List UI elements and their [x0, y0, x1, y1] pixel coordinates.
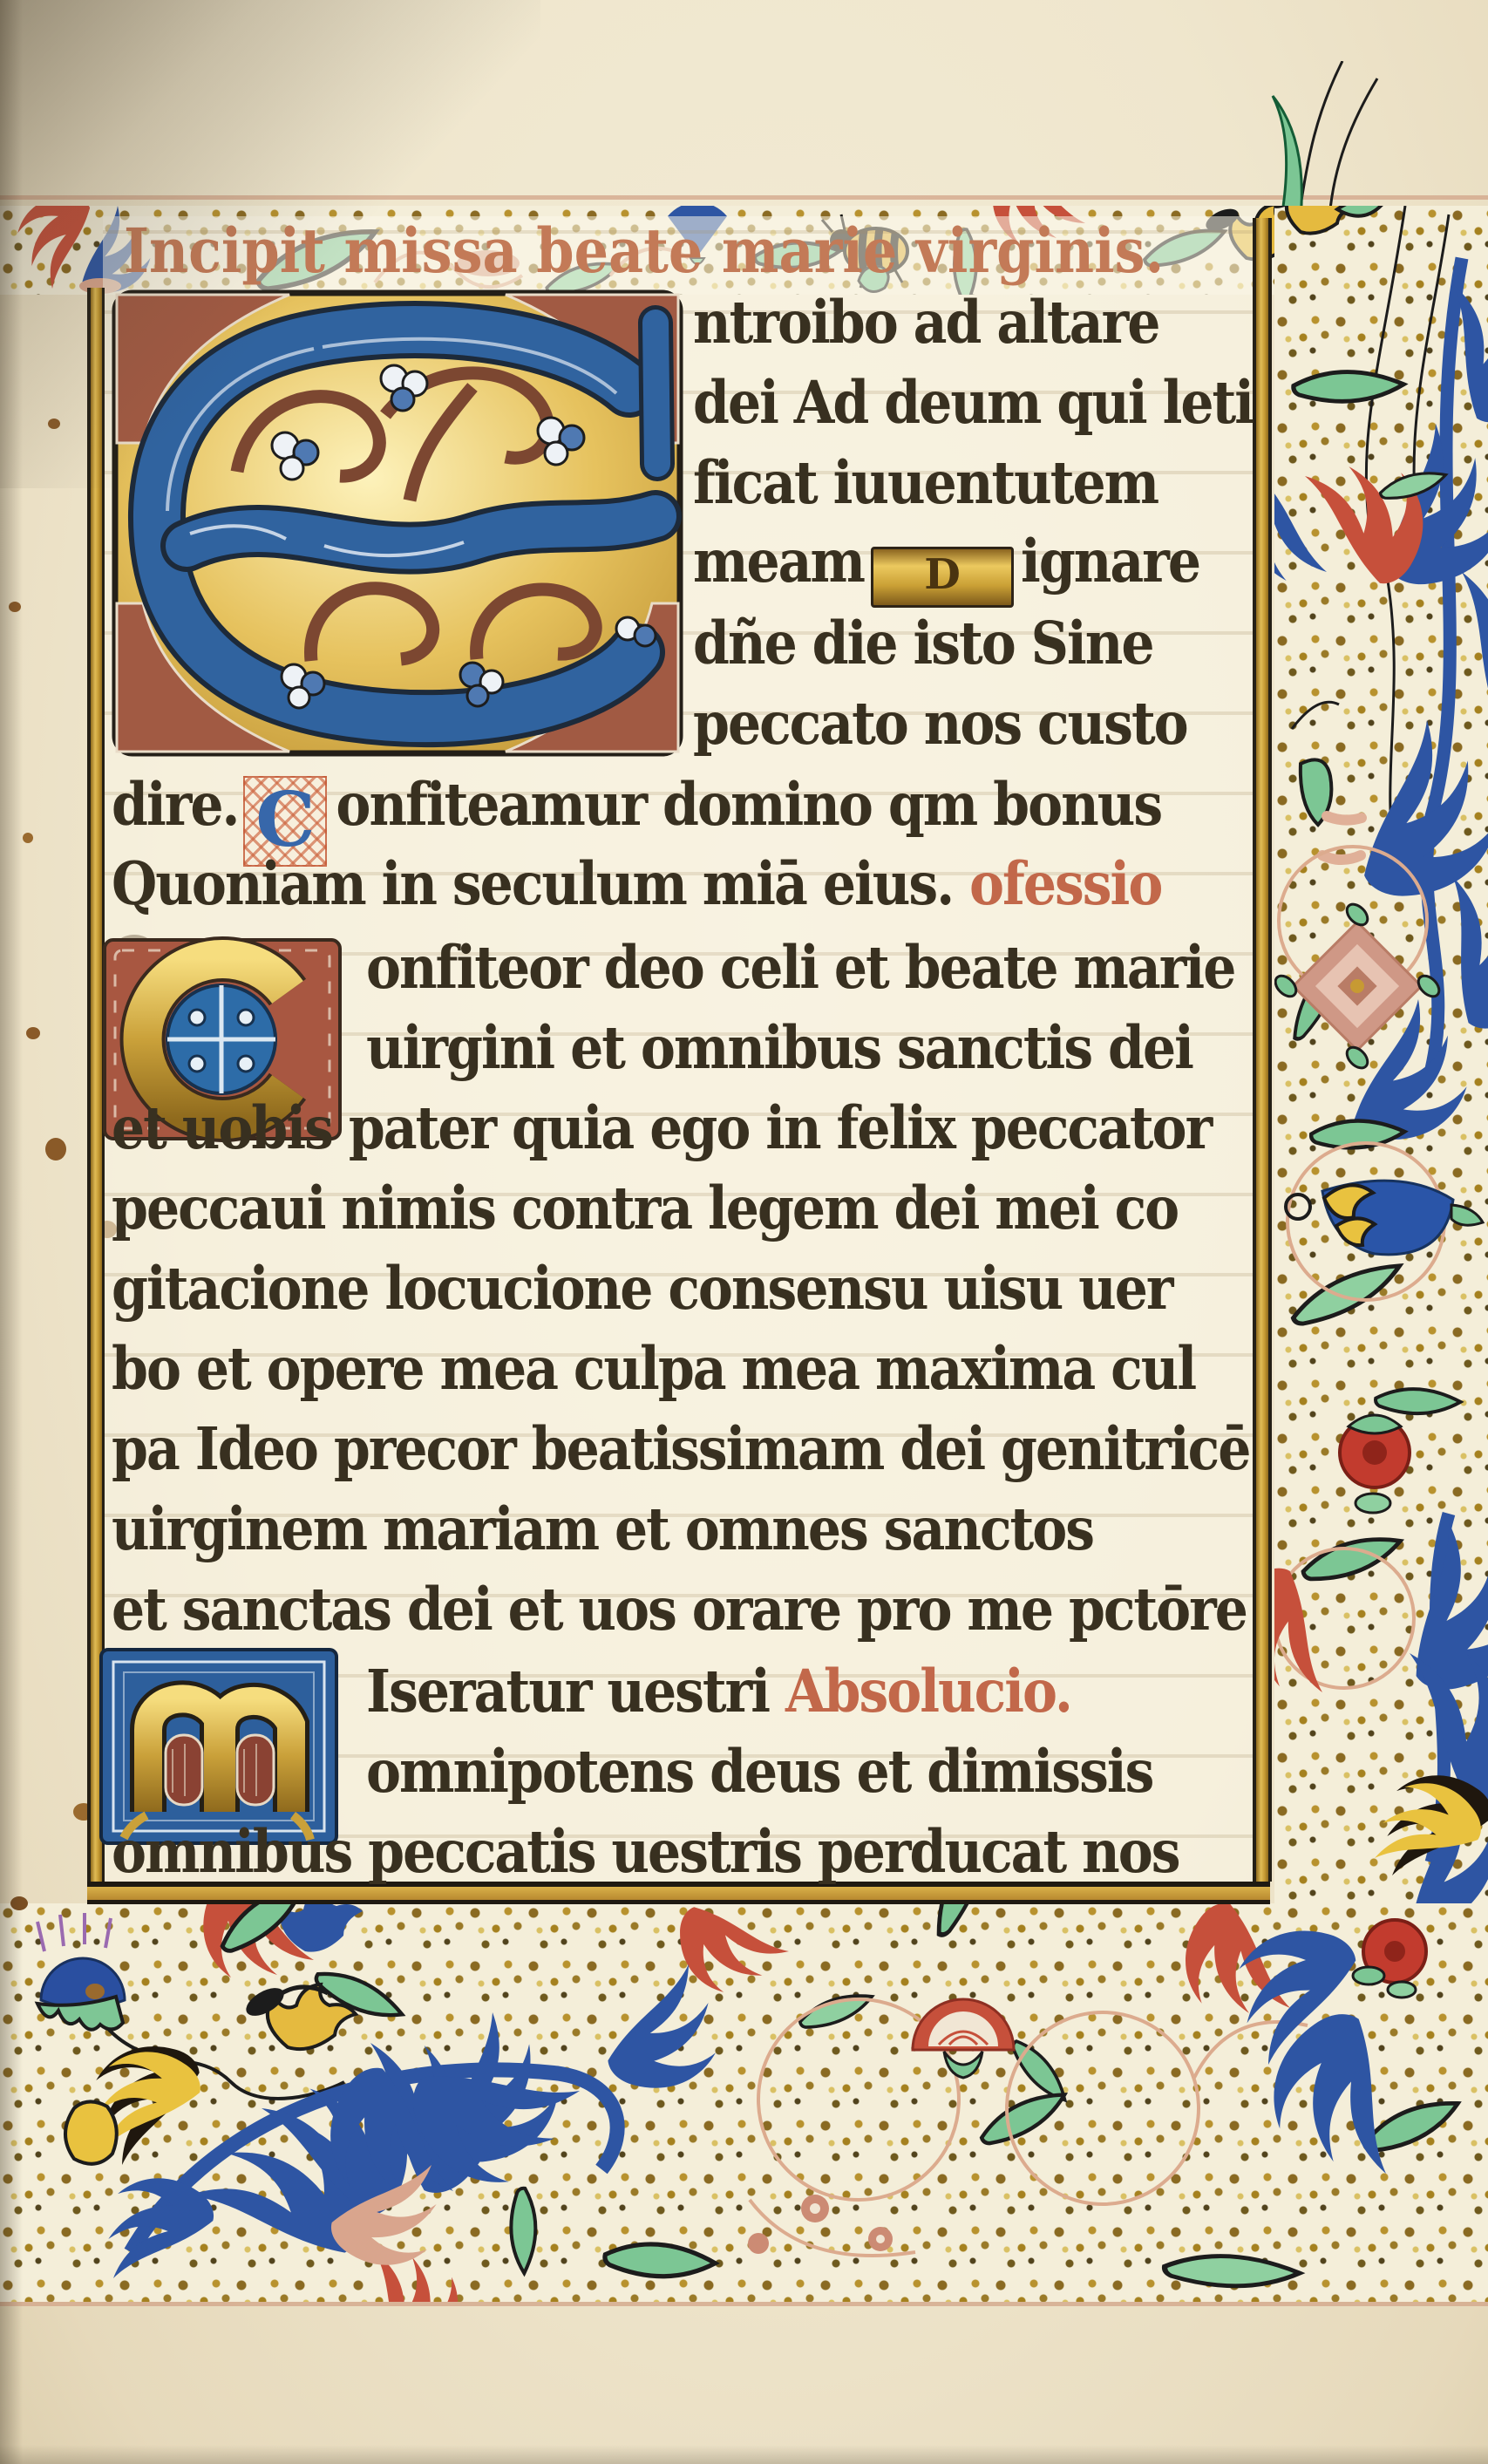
- strawberry-flower: [1353, 1920, 1426, 1998]
- gold-bell-flower: [65, 2101, 117, 2163]
- gold-line-filler-initial-D: D: [871, 547, 1014, 608]
- border-right: [1274, 206, 1488, 1903]
- text-line: bo et opere mea culpa mea maxima cul: [112, 1341, 1195, 1402]
- text-line: peccato nos custo: [693, 696, 1187, 757]
- pink-berries: [748, 2195, 893, 2254]
- ink-spot: [23, 833, 33, 843]
- text-line: omnipotens deus et dimissis: [366, 1744, 1152, 1805]
- text-line: ntroibo ad altare: [693, 295, 1158, 356]
- text-line: uirginem mariam et omnes sanctos: [112, 1501, 1093, 1562]
- illuminated-initial-art: [106, 284, 689, 762]
- manuscript-page: Incipit missa beate marie virginis. E: [0, 0, 1488, 2464]
- text-line: dei Ad deum qui leti: [693, 375, 1253, 436]
- text-line: ficat iuuentutem: [693, 455, 1158, 516]
- text-line: omnibus peccatis uestris perducat nos: [112, 1824, 1179, 1885]
- rosette-flower: [1274, 901, 1443, 1072]
- pink-strokes: [1322, 816, 1362, 860]
- page-edge-shadow: [0, 2445, 1488, 2464]
- border-bottom: [0, 1903, 1488, 2302]
- text-line: uirgini et omnibus sanctis dei: [366, 1020, 1192, 1081]
- text-line: et sanctas dei et uos orare pro me pctōr…: [112, 1582, 1247, 1643]
- ink-spot: [85, 1984, 105, 1999]
- border-ruling-line-bottom: [0, 2302, 1488, 2306]
- frame-bar-right: [1253, 218, 1272, 1882]
- text-line: pa Ideo precor beatissimam dei genitricē: [112, 1421, 1249, 1482]
- strawberry-flower: [1340, 1415, 1410, 1513]
- green-blade-leaf: [1273, 96, 1301, 218]
- rubric-absolucio: Absolucio.: [785, 1657, 1071, 1726]
- text-line: dñe die isto Sine: [693, 616, 1153, 677]
- ink-spot: [48, 419, 60, 429]
- border-bottom-flora: [0, 1903, 1488, 2302]
- text-line: onfiteor deo celi et beate marie: [366, 940, 1234, 1001]
- red-fan-flower: [913, 1999, 1014, 2078]
- rubric-confessio: ofessio: [969, 850, 1161, 919]
- text-line: gitacione locucione consensu uisu uer: [112, 1261, 1172, 1322]
- ink-spot: [9, 602, 21, 612]
- text-line: Quoniam in seculum miā eius. ofessio: [112, 856, 1161, 917]
- text-line: Iseratur uestri Absolucio.: [366, 1664, 1071, 1725]
- ink-spot: [45, 1138, 66, 1161]
- red-acanthus: [1274, 1564, 1324, 1712]
- columbine-flower: [1286, 1181, 1483, 1255]
- text-line: et uobis pater quia ego in felix peccato…: [112, 1100, 1211, 1161]
- incipit-rubric: Incipit missa beate marie virginis.: [124, 221, 1164, 285]
- text-line: meamDignare: [693, 534, 1199, 608]
- ink-spot: [10, 1896, 28, 1910]
- ink-spot: [26, 1027, 40, 1039]
- border-right-flora: [1274, 206, 1488, 1903]
- illuminated-initial-E: E: [106, 284, 689, 762]
- text-line: peccaui nimis contra legem dei mei co: [112, 1181, 1178, 1242]
- yellow-flower: [1274, 206, 1383, 234]
- top-right-sprig: [1247, 61, 1395, 218]
